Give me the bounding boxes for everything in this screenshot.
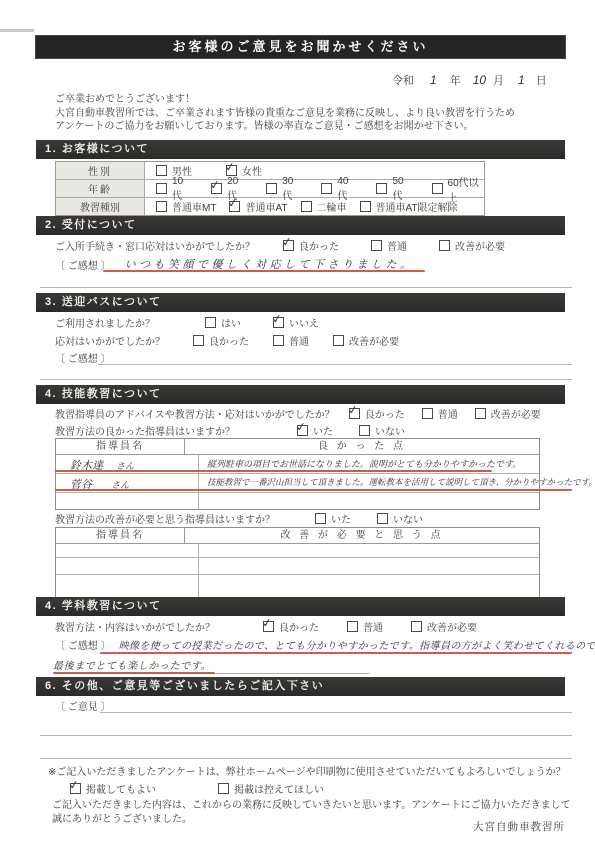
permission-question: ※ご記入いただきましたアンケートは、弊社ホームページや印刷物に使用させていただい… xyxy=(48,766,566,780)
checkbox-motorcycle[interactable] xyxy=(301,201,312,212)
red-underline xyxy=(100,652,572,654)
date-year-value: 1 xyxy=(430,73,437,87)
good-instructor-table: 指導員名 良 か っ た 点 鈴木達 さん 縦列駐車の項目でお世話になりました。… xyxy=(55,438,540,510)
improve-table-row-3 xyxy=(56,574,539,597)
checkbox-at-limit-release[interactable] xyxy=(360,201,371,212)
checkbox-academic-good[interactable] xyxy=(263,621,274,632)
greeting-line-3: アンケートのご協力をお願いしております。皆様の率直なご意見・ご感想をお聞かせ下さ… xyxy=(55,120,515,134)
academic-comment-line-2: 最後までとても楽しかったです。 xyxy=(53,657,211,672)
checkbox-age-40s[interactable] xyxy=(321,183,332,194)
improve-point-3 xyxy=(199,575,539,597)
checkbox-regular-at-label: 普通車AT xyxy=(245,199,287,214)
date-day-value: 1 xyxy=(518,73,525,87)
checkbox-improve-instructor-yes-label: いた xyxy=(331,511,351,526)
improve-table-row-2 xyxy=(56,557,539,574)
scan-artifact xyxy=(0,29,34,32)
date-month-unit: 月 xyxy=(493,72,504,88)
good-table-point-header: 良 か っ た 点 xyxy=(185,439,539,454)
option-regular-at: 普通車AT xyxy=(229,199,287,214)
section-other-header: 6. その他、ご意見等ございましたらご記入下さい xyxy=(36,677,565,696)
checkbox-good-instructor-no[interactable] xyxy=(359,425,370,436)
date-line: 令和 1 年 10 月 1 日 xyxy=(392,72,547,88)
checkbox-academic-improve-label: 改善が必要 xyxy=(427,619,477,634)
checkbox-regular-at[interactable] xyxy=(229,201,240,212)
option-academic-improve: 改善が必要 xyxy=(411,619,477,634)
ruled-line xyxy=(40,287,572,288)
date-day-unit: 日 xyxy=(536,72,547,88)
bus-usage-row: ご利用されましたか？ はい いいえ xyxy=(55,315,319,330)
checkbox-publish-ok[interactable] xyxy=(70,783,81,794)
option-good-instructor-yes: いた xyxy=(297,423,333,438)
checkbox-academic-good-label: 良かった xyxy=(279,619,319,634)
checkbox-bus-good-label: 良かった xyxy=(209,333,249,348)
ruled-line xyxy=(100,712,572,713)
section-bus-header: 3. 送迎バスについて xyxy=(36,293,565,312)
checkbox-bus-improve-label: 改善が必要 xyxy=(349,333,399,348)
checkbox-publish-no-label: 掲載は控えてほしい xyxy=(234,781,324,796)
date-era-label: 令和 xyxy=(392,72,414,88)
checkbox-bus-no-label: いいえ xyxy=(289,315,319,330)
improve-table-name-header: 指導員名 xyxy=(56,528,185,543)
option-skill-good: 良かった xyxy=(349,406,405,421)
checkbox-skill-normal-label: 普通 xyxy=(438,406,458,421)
greeting-line-1: ご卒業おめでとうございます！ xyxy=(55,93,515,107)
academic-comment-row: 〔 ご感想 〕 映像を使っての授業だったので、とても分かりやすかったです。指導員… xyxy=(55,637,595,652)
section-reception-header: 2. 受付について xyxy=(36,216,565,235)
signature: 大宮自動車教習所 xyxy=(473,821,565,835)
academic-question: 教習方法・内容はいかがでしたか？ xyxy=(55,619,215,634)
option-improve-instructor-no: いない xyxy=(377,511,423,526)
gender-label: 性別 xyxy=(56,162,145,179)
age-label: 年齢 xyxy=(56,180,145,197)
bus-response-question: 応対はいかがでしたか？ xyxy=(55,333,165,348)
course-row: 教習種別 普通車MT 普通車AT 二輪車 普通車AT限定解除 xyxy=(56,197,484,215)
checkbox-improve-instructor-no[interactable] xyxy=(377,513,388,524)
checkbox-female[interactable] xyxy=(226,165,237,176)
option-reception-good: 良かった xyxy=(283,238,339,253)
date-month-value: 10 xyxy=(473,73,486,87)
other-comment-label: 〔 ご意見 〕 xyxy=(55,698,111,713)
option-good-instructor-no: いない xyxy=(359,423,405,438)
checkbox-improve-instructor-no-label: いない xyxy=(393,511,423,526)
checkbox-bus-yes-label: はい xyxy=(221,315,241,330)
skill-q3: 教習方法の改善が必要と思う指導員はいますか？ xyxy=(55,511,275,526)
checkbox-bus-good[interactable] xyxy=(193,335,204,346)
skill-q1: 教習指導員のアドバイスや教習方法・応対はいかがでしたか？ xyxy=(55,406,335,421)
reception-comment-label: 〔 ご感想 〕 xyxy=(55,257,111,272)
checkbox-good-instructor-yes[interactable] xyxy=(297,425,308,436)
option-skill-improve: 改善が必要 xyxy=(475,406,541,421)
checkbox-age-10s[interactable] xyxy=(156,183,167,194)
date-year-unit: 年 xyxy=(450,72,461,88)
option-motorcycle: 二輪車 xyxy=(301,199,347,214)
improve-table-header: 指導員名 改 善 が 必 要 と 思 う 点 xyxy=(56,528,539,544)
red-underline xyxy=(55,470,492,472)
checkbox-publish-ok-label: 掲載してもよい xyxy=(86,781,156,796)
option-bus-no: いいえ xyxy=(273,315,319,330)
option-reception-improve: 改善が必要 xyxy=(439,238,505,253)
improve-instructor-table: 指導員名 改 善 が 必 要 と 思 う 点 xyxy=(55,527,540,598)
section-academic-header: 4. 学科教習について xyxy=(36,597,565,616)
course-label: 教習種別 xyxy=(56,198,145,215)
checkbox-reception-improve-label: 改善が必要 xyxy=(455,238,505,253)
instructor-good-point-3 xyxy=(199,493,539,509)
improve-name-1 xyxy=(56,544,199,557)
section-skill-header: 4. 技能教習について xyxy=(36,385,565,404)
checkbox-bus-yes[interactable] xyxy=(205,317,216,328)
option-regular-mt: 普通車MT xyxy=(156,199,216,214)
checkbox-reception-improve[interactable] xyxy=(439,240,450,251)
option-skill-normal: 普通 xyxy=(422,406,458,421)
option-academic-normal: 普通 xyxy=(347,619,383,634)
checkbox-improve-instructor-yes[interactable] xyxy=(315,513,326,524)
checkbox-reception-good[interactable] xyxy=(283,240,294,251)
bus-usage-question: ご利用されましたか？ xyxy=(55,315,155,330)
checkbox-good-instructor-yes-label: いた xyxy=(313,423,333,438)
good-table-row-3 xyxy=(56,492,539,509)
ruled-line xyxy=(40,735,572,736)
improve-table-row-1 xyxy=(56,544,539,557)
checkbox-skill-good[interactable] xyxy=(349,408,360,419)
option-bus-good: 良かった xyxy=(193,333,249,348)
skill-q2: 教習方法の良かった指導員はいますか？ xyxy=(55,423,235,438)
survey-sheet: お客様のご意見をお聞かせください 令和 1 年 10 月 1 日 ご卒業おめでと… xyxy=(0,0,595,842)
option-academic-good: 良かった xyxy=(263,619,319,634)
checkbox-bus-normal[interactable] xyxy=(273,335,284,346)
checkbox-age-50s[interactable] xyxy=(376,183,387,194)
improve-name-3 xyxy=(56,575,199,597)
checkbox-motorcycle-label: 二輪車 xyxy=(317,199,347,214)
checkbox-skill-normal[interactable] xyxy=(422,408,433,419)
permission-options-row: 掲載してもよい 掲載は控えてほしい xyxy=(70,781,324,796)
checkbox-reception-normal[interactable] xyxy=(371,240,382,251)
checkbox-male[interactable] xyxy=(156,165,167,176)
option-at-limit-release: 普通車AT限定解除 xyxy=(360,199,458,214)
checkbox-bus-no[interactable] xyxy=(273,317,284,328)
academic-comment-label: 〔 ご感想 〕 xyxy=(55,637,111,652)
skill-q1-row: 教習指導員のアドバイスや教習方法・応対はいかがでしたか？ 良かった 普通 改善が… xyxy=(55,406,541,421)
checkbox-skill-good-label: 良かった xyxy=(365,406,405,421)
closing-line-1: ご記入いただきました内容は、これからの業務に反映していきたいと思います。アンケー… xyxy=(52,799,571,813)
red-underline xyxy=(103,270,425,272)
option-publish-ok: 掲載してもよい xyxy=(70,781,156,796)
option-publish-no: 掲載は控えてほしい xyxy=(218,781,324,796)
checkbox-bus-improve[interactable] xyxy=(333,335,344,346)
checkbox-academic-normal[interactable] xyxy=(347,621,358,632)
reception-question: ご入所手続き・窓口応対はいかがでしたか？ xyxy=(55,238,255,253)
checkbox-age-60s-plus[interactable] xyxy=(432,183,443,194)
checkbox-regular-mt[interactable] xyxy=(156,201,167,212)
bus-response-row: 応対はいかがでしたか？ 良かった 普通 改善が必要 xyxy=(55,333,399,348)
option-bus-normal: 普通 xyxy=(273,333,309,348)
bus-comment-label: 〔 ご感想 〕 xyxy=(55,350,111,365)
checkbox-publish-no[interactable] xyxy=(218,783,229,794)
ruled-line xyxy=(215,673,370,674)
checkbox-regular-mt-label: 普通車MT xyxy=(172,199,216,214)
improve-name-2 xyxy=(56,558,199,574)
section-customer-header: 1. お客様について xyxy=(36,140,565,159)
red-underline xyxy=(55,489,572,491)
page-title: お客様のご意見をお聞かせください xyxy=(36,36,565,58)
checkbox-at-limit-release-label: 普通車AT限定解除 xyxy=(376,199,458,214)
checkbox-skill-improve-label: 改善が必要 xyxy=(491,406,541,421)
academic-comment-line-1: 映像を使っての授業だったので、とても分かりやすかったです。指導員の方がよく笑わせ… xyxy=(119,637,595,652)
checkbox-bus-normal-label: 普通 xyxy=(289,333,309,348)
ruled-line xyxy=(98,364,572,365)
checkbox-age-30s[interactable] xyxy=(266,183,277,194)
checkbox-academic-normal-label: 普通 xyxy=(363,619,383,634)
option-reception-normal: 普通 xyxy=(371,238,407,253)
good-table-header: 指導員名 良 か っ た 点 xyxy=(56,439,539,455)
checkbox-reception-good-label: 良かった xyxy=(299,238,339,253)
checkbox-good-instructor-no-label: いない xyxy=(375,423,405,438)
improve-point-2 xyxy=(199,558,539,574)
age-row: 年齢 10代 20代 30代 40代 xyxy=(56,179,484,197)
checkbox-reception-normal-label: 普通 xyxy=(387,238,407,253)
customer-info-table: 性別 男性 女性 年齢 10代 xyxy=(55,161,485,216)
checkbox-skill-improve[interactable] xyxy=(475,408,486,419)
skill-q2-row: 教習方法の良かった指導員はいますか？ いた いない xyxy=(55,423,405,438)
option-bus-improve: 改善が必要 xyxy=(333,333,399,348)
skill-q3-row: 教習方法の改善が必要と思う指導員はいますか？ いた いない xyxy=(55,511,423,526)
greeting-text: ご卒業おめでとうございます！ 大宮自動車教習所では、ご卒業されます皆様の貴重なご… xyxy=(55,93,515,134)
reception-question-row: ご入所手続き・窓口応対はいかがでしたか？ 良かった 普通 改善が必要 xyxy=(55,238,505,253)
checkbox-age-20s[interactable] xyxy=(211,183,222,194)
improve-table-point-header: 改 善 が 必 要 と 思 う 点 xyxy=(185,528,539,543)
ruled-line xyxy=(40,758,572,759)
red-underline xyxy=(53,672,215,674)
checkbox-academic-improve[interactable] xyxy=(411,621,422,632)
option-improve-instructor-yes: いた xyxy=(315,511,351,526)
option-bus-yes: はい xyxy=(205,315,241,330)
instructor-name-3 xyxy=(56,493,199,509)
greeting-line-2: 大宮自動車教習所では、ご卒業されます皆様の貴重なご意見を業務に反映し、より良い教… xyxy=(55,107,515,121)
improve-point-1 xyxy=(199,544,539,557)
good-table-name-header: 指導員名 xyxy=(56,439,185,454)
academic-question-row: 教習方法・内容はいかがでしたか？ 良かった 普通 改善が必要 xyxy=(55,619,477,634)
ruled-line xyxy=(40,379,572,380)
